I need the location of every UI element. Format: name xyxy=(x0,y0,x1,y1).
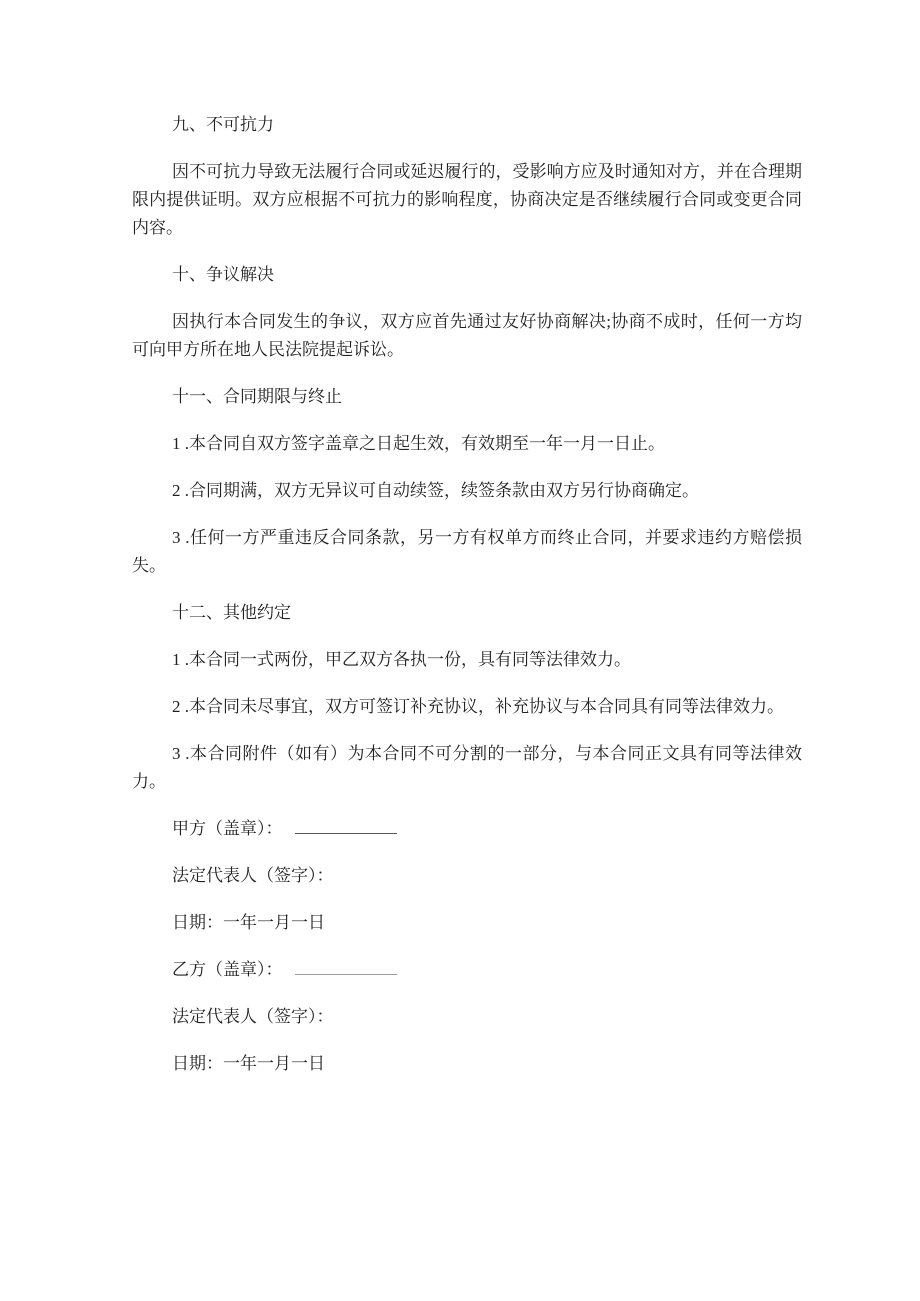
paragraph-text: 1 .本合同一式两份，甲乙双方各执一份，具有同等法律效力。 xyxy=(172,650,631,669)
section-heading: 十二、其他约定 xyxy=(132,599,802,627)
section-heading-text: 十一、合同期限与终止 xyxy=(172,387,342,406)
contract-document-page: 九、不可抗力因不可抗力导致无法履行合同或延迟履行的，受影响方应及时通知对方，并在… xyxy=(0,0,920,1301)
paragraph: 1 .本合同一式两份，甲乙双方各执一份，具有同等法律效力。 xyxy=(132,646,802,674)
section-heading: 十一、合同期限与终止 xyxy=(132,383,802,411)
paragraph: 日期：一年一月一日 xyxy=(132,909,802,937)
paragraph: 1 .本合同自双方签字盖章之日起生效，有效期至一年一月一日止。 xyxy=(132,430,802,458)
section-heading-text: 九、不可抗力 xyxy=(172,115,274,134)
signature-blank-line xyxy=(295,831,397,834)
paragraph-text: 2 .合同期满，双方无异议可自动续签，续签条款由双方另行协商确定。 xyxy=(172,481,699,500)
paragraph: 因不可抗力导致无法履行合同或延迟履行的，受影响方应及时通知对方，并在合理期限内提… xyxy=(132,158,802,242)
paragraph-text: 3 .任何一方严重违反合同条款，另一方有权单方而终止合同，并要求违约方赔偿损失。 xyxy=(132,528,802,575)
section-heading-text: 十二、其他约定 xyxy=(172,603,291,622)
paragraph-text: 甲方（盖章）： xyxy=(172,819,283,838)
paragraph-text: 因不可抗力导致无法履行合同或延迟履行的，受影响方应及时通知对方，并在合理期限内提… xyxy=(132,162,802,237)
paragraph: 3 .本合同附件（如有）为本合同不可分割的一部分，与本合同正文具有同等法律效力。 xyxy=(132,740,802,796)
signature-blank-line xyxy=(295,972,397,975)
paragraph: 法定代表人（签字）： xyxy=(132,862,802,890)
paragraph-text: 法定代表人（签字）： xyxy=(172,866,334,885)
paragraph-text: 因执行本合同发生的争议，双方应首先通过友好协商解决;协商不成时，任何一方均可向甲… xyxy=(132,312,802,359)
paragraph: 3 .任何一方严重违反合同条款，另一方有权单方而终止合同，并要求违约方赔偿损失。 xyxy=(132,524,802,580)
paragraph-text: 乙方（盖章）： xyxy=(172,960,283,979)
paragraph: 法定代表人（签字）： xyxy=(132,1003,802,1031)
paragraph: 因执行本合同发生的争议，双方应首先通过友好协商解决;协商不成时，任何一方均可向甲… xyxy=(132,308,802,364)
section-heading-text: 十、争议解决 xyxy=(172,265,274,284)
paragraph-text: 1 .本合同自双方签字盖章之日起生效，有效期至一年一月一日止。 xyxy=(172,434,665,453)
paragraph-text: 日期：一年一月一日 xyxy=(172,913,325,932)
signature-row: 乙方（盖章）： xyxy=(132,956,802,984)
signature-row: 甲方（盖章）： xyxy=(132,815,802,843)
paragraph-text: 日期：一年一月一日 xyxy=(172,1054,325,1073)
paragraph: 2 .本合同未尽事宜，双方可签订补充协议，补充协议与本合同具有同等法律效力。 xyxy=(132,693,802,721)
paragraph-text: 法定代表人（签字）： xyxy=(172,1007,334,1026)
section-heading: 九、不可抗力 xyxy=(132,111,802,139)
paragraph: 日期：一年一月一日 xyxy=(132,1050,802,1078)
paragraph-text: 3 .本合同附件（如有）为本合同不可分割的一部分，与本合同正文具有同等法律效力。 xyxy=(132,744,802,791)
contract-body: 九、不可抗力因不可抗力导致无法履行合同或延迟履行的，受影响方应及时通知对方，并在… xyxy=(132,111,802,1078)
paragraph-text: 2 .本合同未尽事宜，双方可签订补充协议，补充协议与本合同具有同等法律效力。 xyxy=(172,697,784,716)
paragraph: 2 .合同期满，双方无异议可自动续签，续签条款由双方另行协商确定。 xyxy=(132,477,802,505)
section-heading: 十、争议解决 xyxy=(132,261,802,289)
